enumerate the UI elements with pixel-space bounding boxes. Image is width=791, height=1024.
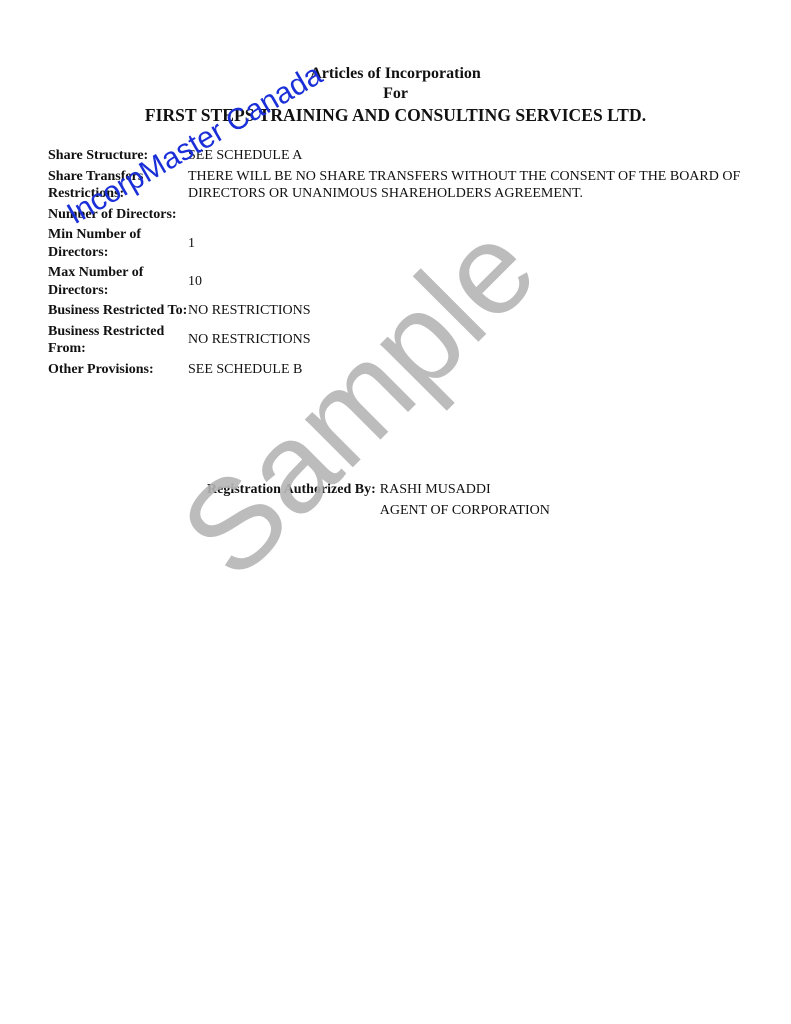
field-max-number-of-directors: Max Number of Directors: 10 <box>48 264 748 299</box>
field-share-structure: Share Structure: SEE SCHEDULE A <box>48 147 748 165</box>
field-label: Other Provisions: <box>48 361 188 379</box>
field-value: 1 <box>188 235 748 253</box>
articles-fields: Share Structure: SEE SCHEDULE A Share Tr… <box>48 147 748 381</box>
company-name: FIRST STEPS TRAINING AND CONSULTING SERV… <box>0 104 791 126</box>
field-other-provisions: Other Provisions: SEE SCHEDULE B <box>48 361 748 379</box>
field-label: Max Number of Directors: <box>48 264 188 299</box>
field-number-of-directors: Number of Directors: <box>48 206 748 224</box>
authorization-label: Registration Authorized By: <box>207 479 376 521</box>
registration-authorization: Registration Authorized By: RASHI MUSADD… <box>207 479 550 521</box>
field-label: Number of Directors: <box>48 206 188 224</box>
field-value: SEE SCHEDULE A <box>188 147 748 165</box>
field-value: NO RESTRICTIONS <box>188 302 748 320</box>
field-label: Min Number of Directors: <box>48 226 188 261</box>
field-min-number-of-directors: Min Number of Directors: 1 <box>48 226 748 261</box>
field-share-transfers-restrictions: Share Transfers Restrictions: THERE WILL… <box>48 168 748 203</box>
authorized-by-role: AGENT OF CORPORATION <box>380 500 550 521</box>
field-value: SEE SCHEDULE B <box>188 361 748 379</box>
field-label: Share Transfers Restrictions: <box>48 168 188 203</box>
field-label: Business Restricted From: <box>48 323 188 358</box>
authorization-signatory: RASHI MUSADDI AGENT OF CORPORATION <box>380 479 550 521</box>
field-business-restricted-to: Business Restricted To: NO RESTRICTIONS <box>48 302 748 320</box>
field-label: Share Structure: <box>48 147 188 165</box>
field-value: NO RESTRICTIONS <box>188 331 748 349</box>
field-label: Business Restricted To: <box>48 302 188 320</box>
field-value: THERE WILL BE NO SHARE TRANSFERS WITHOUT… <box>188 168 748 203</box>
document-header: Articles of Incorporation For FIRST STEP… <box>0 64 791 126</box>
document-title: Articles of Incorporation <box>0 64 791 84</box>
field-value: 10 <box>188 273 748 291</box>
authorized-by-name: RASHI MUSADDI <box>380 482 491 497</box>
field-business-restricted-from: Business Restricted From: NO RESTRICTION… <box>48 323 748 358</box>
document-subtitle: For <box>0 84 791 104</box>
